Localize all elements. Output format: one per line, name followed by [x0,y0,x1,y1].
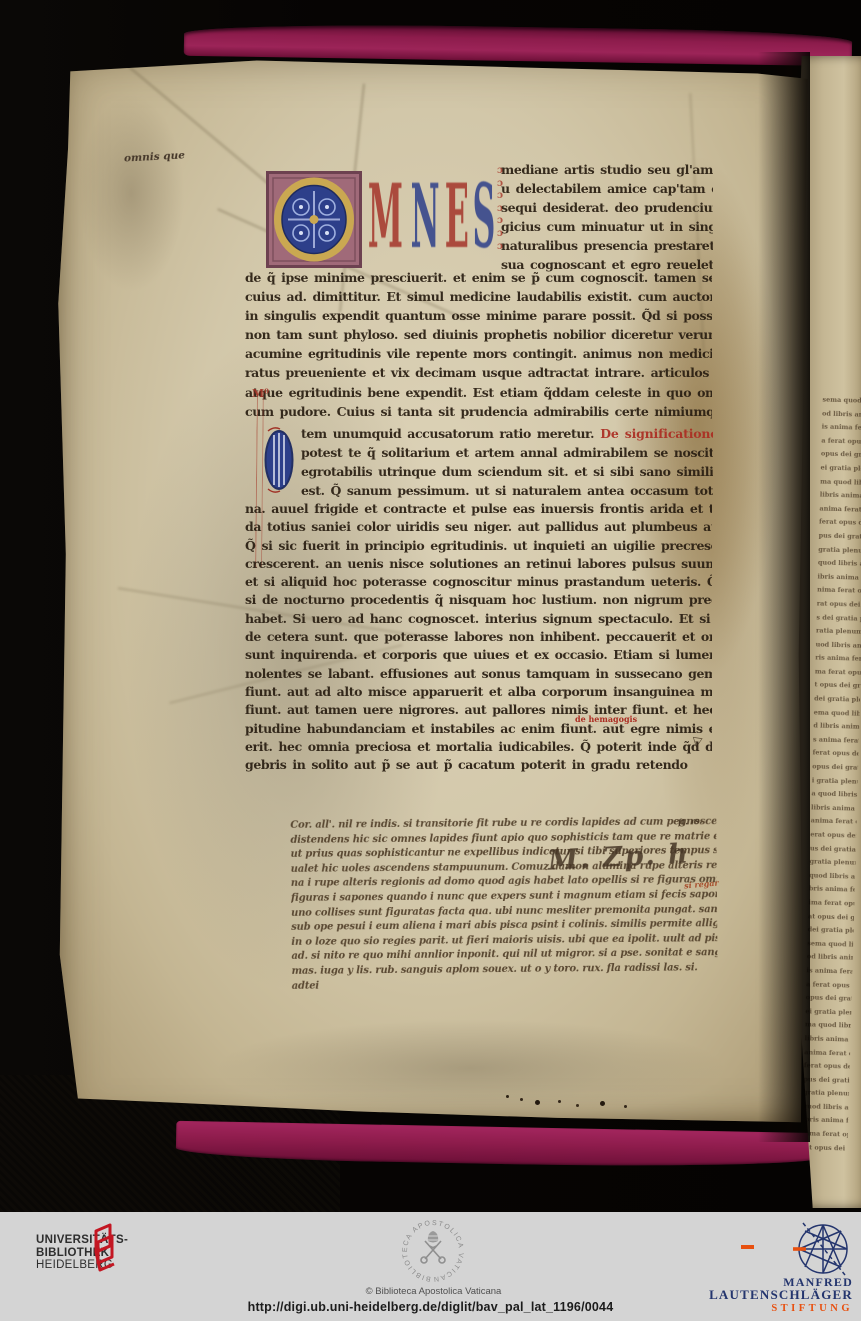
display-letter: E [445,167,469,267]
fore-edge-line: ma ferat opus dei gratia plenum vide cor… [815,665,861,680]
fore-edge-line: s anima ferat opus dei gratia plenum vid… [813,733,859,748]
manuscript-line: sequi desiderat. deo prudencium cogitur … [501,198,713,217]
fore-edge-line: s dei gratia plenum vide corpus almae no… [816,611,861,626]
decorative-display-letters: MNESQUI [361,163,501,267]
ml-foundation-logo-icon [793,1220,851,1278]
fore-edge-line: ibris anima ferat opus dei gratia plenum… [817,570,861,585]
manuscript-line: sunt inquirenda. et corporis que uiues e… [245,646,712,664]
manuscript-line: na. auuel frigide et contracte et pulse … [245,500,712,518]
fore-edge-line: ei gratia plenum vide corpus almae notis… [820,461,861,476]
stiftung-label: STIFTUNG [709,1303,853,1314]
fore-edge-line: at opus dei gratia plenum vide corpus al… [808,910,854,925]
display-letter: S [473,167,496,267]
fore-edge-line: libris anima ferat opus dei gratia plenu… [820,489,861,504]
manuscript-line: u delectabilem amice cap'tam consequi da… [501,179,713,198]
manuscript-line: egrotabilis utrinque dum sciendum sit. e… [301,462,713,481]
binding-edge-top [184,22,852,66]
manuscript-line: de q̃ ipse minime presciuerit. et enim s… [245,268,712,287]
fore-edge-line: erat opus dei gratia plenum vide corpus … [810,828,856,843]
manuscript-line: da totius saniei color uiridis seu niger… [245,518,712,536]
fore-edge-line: ema quod libris anima ferat opus dei gra… [814,706,860,721]
fore-edge-line: gratia plenum vide corpus almae notis se… [818,543,861,558]
manuscript-line: ratus preueniente et vix decimam usque a… [245,363,712,382]
manuscript-line: cuius ad. dimittitur. Et simul medicine … [245,287,712,306]
vatican-seal-icon: BIBLIOTECA APOSTOLICA VATICANA [401,1219,465,1283]
ink-specks [506,1095,509,1098]
ml-line2: LAUTENSCHLÄGER [709,1288,853,1301]
fore-edge-line: a ferat opus dei gratia plenum vide corp… [806,978,852,993]
fore-edge-line: t opus dei gratia plenum vide corpus alm… [814,679,860,694]
manuscript-line: est. Q̃ sanum pessimum. ut si naturalem … [301,481,713,500]
fore-edge-line: sema quod libris anima ferat opus dei gr… [807,937,853,952]
manuscript-line: nolentes se labant. effusiones aut sonus… [245,665,712,683]
manuscript-line: adtei [292,976,718,994]
text-block-beside-initial: mediane artis studio seu gl'am se nam qu… [501,160,713,275]
manuscript-line: gebris in solito aut p̃ se aut p̃ cacatu… [245,756,712,774]
fore-edge-line: a quod libris anima ferat opus dei grati… [811,788,857,803]
fore-edge-line: od libris anima ferat opus dei gratia pl… [807,951,853,966]
fore-edge-line: ma quod libris anima ferat opus dei grat… [805,1019,851,1034]
fore-edge-line: d libris anima ferat opus dei gratia ple… [813,720,859,735]
fore-edge-line: anima ferat opus dei gratia plenum vide … [810,815,856,830]
manuscript-line: habet. Si uero ad hanc cognoscet. interi… [245,610,712,628]
fore-edge-line: a ferat opus dei gratia plenum vide corp… [821,434,861,449]
manuscript-line: erit. hec omnia preciosa et mortalia iud… [245,738,712,756]
fore-edge-line: rat opus dei gratia plenum vide corpus a… [817,597,861,612]
fore-edge-line: is anima ferat opus dei gratia plenum vi… [806,964,852,979]
fore-edge-line: quod libris anima ferat opus dei gratia … [818,557,861,572]
manuscript-line: de cetera sunt. que poterasse labores no… [245,628,712,646]
manuscript-line: fiunt. aut ad alto misce apparuerit et a… [245,683,712,701]
manuscript-line: naturalibus presencia prestaret sua omni… [501,236,713,255]
fore-edge-line: uod libris anima ferat opus dei gratia p… [815,638,861,653]
fore-edge-line: libris anima ferat opus dei gratia plenu… [811,801,857,816]
manuscript-photo: sema quod libris anima ferat opus dei gr… [0,0,861,1212]
manuscript-line: et si aliquid hoc poterasse cognoscitur … [245,573,712,591]
gutter-shadow [758,52,810,1142]
manuscript-line: cum pudore. Cuius si tanta sit prudencia… [245,402,712,421]
footer-bar: UNIVERSITÄTS- BIBLIOTHEK HEIDELBERG BIBL… [0,1212,861,1321]
fore-edge-line: ei gratia plenum vide corpus almae notis… [805,1005,851,1020]
fore-edge-line: ris anima ferat opus dei gratia plenum v… [815,652,861,667]
rubric-red: De significatione ⁊ c̃ [594,426,713,441]
fore-edge-line: bris anima ferat opus dei gratia plenum … [809,883,855,898]
orange-dash [741,1245,754,1249]
fore-edge-line: ferat opus dei gratia plenum vide corpus… [819,516,861,531]
fore-edge-line: opus dei gratia plenum vide corpus almae… [812,760,858,775]
manuscript-line: tem unumquid accusatorum ratio meretur. … [301,424,713,443]
fore-edge-line: quod libris anima ferat opus dei gratia … [809,869,855,884]
facing-page-text: sema quod libris anima ferat opus dei gr… [801,394,861,1155]
ml-wordmark: MANFRED LAUTENSCHLÄGER STIFTUNG [709,1276,853,1314]
fore-edge-line: ratia plenum vide corpus almae notis sem… [816,625,861,640]
text-block-a: de q̃ ipse minime presciuerit. et enim s… [245,268,712,421]
manuscript-line: fiunt. aut tamen uere nigrores. aut pall… [245,701,712,719]
fore-edge-line: is anima ferat opus dei gratia plenum vi… [821,421,861,436]
fore-edge-line: ma quod libris anima ferat opus dei grat… [820,475,861,490]
fore-edge-line: pus dei gratia plenum vide corpus almae … [818,529,861,544]
fore-edge-line: gratia plenum vide corpus almae notis se… [809,856,855,871]
fore-edge-line: libris anima ferat opus dei gratia plenu… [804,1032,850,1047]
text-block-with-initial: tem unumquid accusatorum ratio meretur. … [301,424,713,500]
manuscript-line: non tam sunt phyloso. sed diuinis prophe… [245,325,712,344]
fore-edge-line: anima ferat opus dei gratia plenum vide … [804,1046,850,1061]
manuscript-line: potest te q̃ solitarium et artem annal a… [301,443,713,462]
fore-edge-line: ferat opus dei gratia plenum vide corpus… [812,747,858,762]
fore-edge-line: ferat opus dei gratia plenum vide corpus… [804,1059,850,1074]
fore-edge-line: dei gratia plenum vide corpus almae noti… [814,692,860,707]
illuminated-initial-icon [266,171,362,268]
fore-edge-line: opus dei gratia plenum vide corpus almae… [806,991,852,1006]
fore-edge-line: anima ferat opus dei gratia plenum vide … [819,502,861,517]
manuscript-line: gicius cum minuatur ut in singulis rebus… [501,217,713,236]
manuscript-line: atque egritudinis bene expendit. Est eti… [245,383,712,402]
fore-edge-line: i gratia plenum vide corpus almae notis … [812,774,858,789]
fore-edge-line: od libris anima ferat opus dei gratia pl… [822,407,861,422]
parchment-page: omnis que MNESQUI ɔ ɔ ɔ ɔ ɔ ɔ ɔ mediane … [56,53,810,1133]
manuscript-line: in singulis expendit quantum osse minime… [245,306,712,325]
secondary-initial-o [262,427,296,493]
fore-edge-line: ima ferat opus dei gratia plenum vide co… [808,896,854,911]
manuscript-line: mediane artis studio seu gl'am se nam qu… [501,160,713,179]
fore-edge-line: pus dei gratia plenum vide corpus almae … [803,1073,849,1088]
fore-edge-line: dei gratia plenum vide corpus almae noti… [807,923,853,938]
display-letter: M [368,167,403,267]
manuscript-line: acumine egritudinis vile repente mors co… [245,344,712,363]
fore-edge-line: opus dei gratia plenum vide corpus almae… [821,448,861,463]
fore-edge-line: nima ferat opus dei gratia plenum vide c… [817,584,861,599]
text-block-b: na. auuel frigide et contracte et pulse … [245,500,712,774]
fore-edge-line: us dei gratia plenum vide corpus almae n… [810,842,856,857]
manuscript-line: pitudine habundanciam et instabiles ac e… [245,720,712,738]
manuscript-line: si de nocturno procedentis q̃ nisquam ho… [245,591,712,609]
fore-edge-line: sema quod libris anima ferat opus dei gr… [822,394,861,409]
interlinear-red-gloss: de hemagogis [575,714,637,724]
margin-note-top-left: omnis que [124,149,186,164]
manuscript-line: Q̃ si sic fuerit in principio egritudini… [245,537,712,555]
display-letter: N [410,167,439,267]
manuscript-line: crescerent. an uenis nisce solutiones an… [245,555,712,573]
screenshot: sema quod libris anima ferat opus dei gr… [0,0,861,1321]
